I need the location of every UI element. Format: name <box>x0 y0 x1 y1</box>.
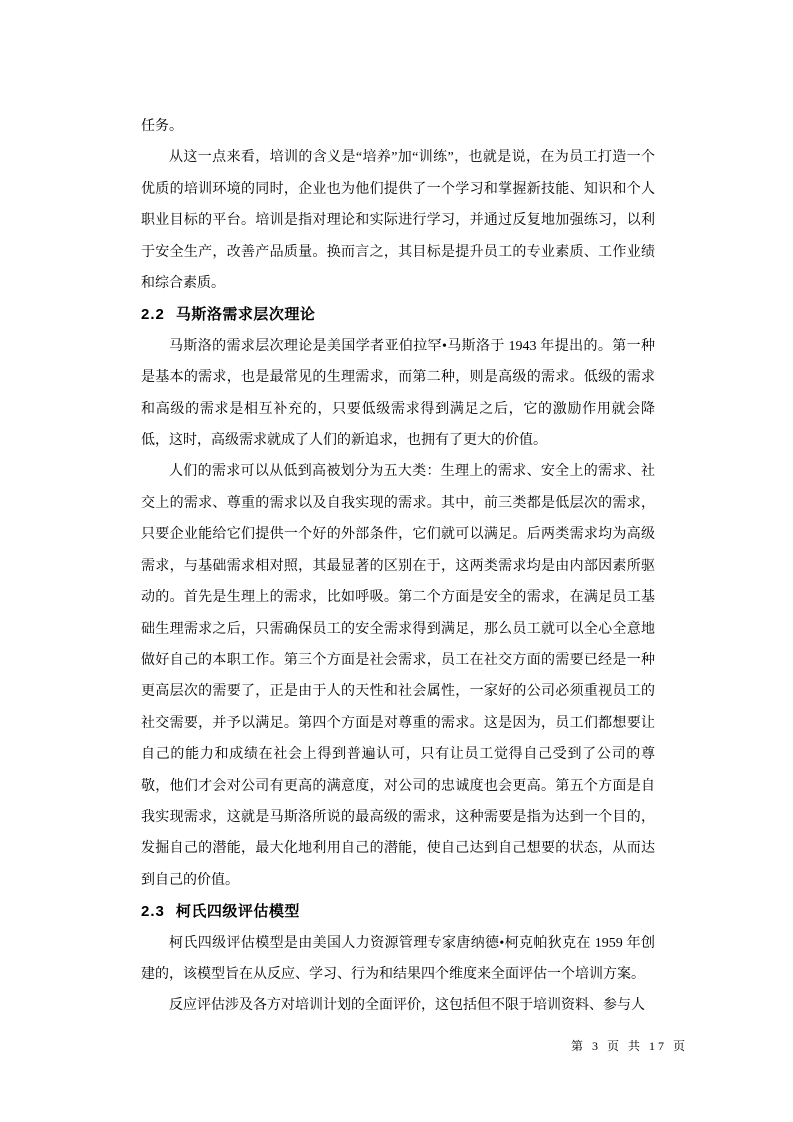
section-heading-2-3: 2.3柯氏四级评估模型 <box>141 896 655 927</box>
section-heading-2-2: 2.2马斯洛需求层次理论 <box>141 299 655 330</box>
paragraph-maslow-five-levels: 人们的需求可以从低到高被划分为五大类：生理上的需求、安全上的需求、社交上的需求、… <box>141 456 655 896</box>
paragraph-tail: 任务。 <box>141 111 655 142</box>
document-page: 任务。 从这一点来看，培训的含义是“培养”加“训练”，也就是说，在为员工打造一个… <box>0 0 793 1122</box>
text-body: 任务。 从这一点来看，培训的含义是“培养”加“训练”，也就是说，在为员工打造一个… <box>141 111 655 1022</box>
section-number: 2.2 <box>141 306 165 323</box>
paragraph-reaction-evaluation: 反应评估涉及各方对培训计划的全面评价，这包括但不限于培训资料、参与人 <box>141 990 655 1021</box>
section-title: 柯氏四级评估模型 <box>176 903 300 920</box>
section-number: 2.3 <box>141 903 165 920</box>
page-footer: 第 3 页 共 17 页 <box>571 1037 688 1055</box>
paragraph-maslow-intro: 马斯洛的需求层次理论是美国学者亚伯拉罕•马斯洛于 1943 年提出的。第一种是基… <box>141 331 655 457</box>
page-number-indicator: 第 3 页 共 17 页 <box>571 1039 688 1053</box>
section-title: 马斯洛需求层次理论 <box>176 306 316 323</box>
paragraph-training-definition: 从这一点来看，培训的含义是“培养”加“训练”，也就是说，在为员工打造一个优质的培… <box>141 142 655 299</box>
paragraph-kirkpatrick-intro: 柯氏四级评估模型是由美国人力资源管理专家唐纳德•柯克帕狄克在 1959 年创建的… <box>141 928 655 991</box>
